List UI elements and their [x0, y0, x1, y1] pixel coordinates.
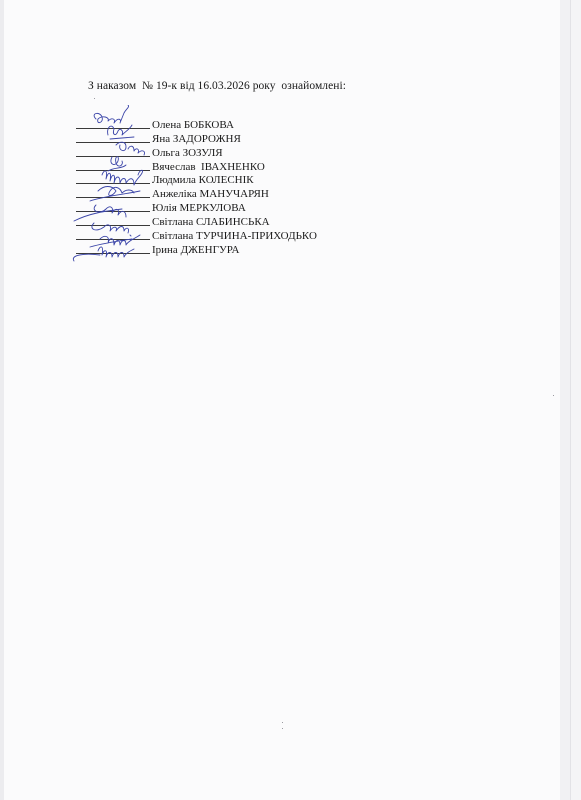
signature-line — [76, 225, 150, 226]
signer-name: Світлана ТУРЧИНА-ПРИХОДЬКО — [152, 230, 317, 242]
signature-line — [76, 156, 150, 157]
order-acknowledgement-heading: З наказом № 19-к від 16.03.2026 року озн… — [88, 80, 346, 92]
signer-name: Людмила КОЛЕСНІК — [152, 174, 254, 186]
signer-name: Ольга ЗОЗУЛЯ — [152, 147, 223, 159]
scan-right-edge — [560, 0, 570, 800]
signature-line — [76, 128, 150, 129]
signer-row: Вячеслав ІВАХНЕНКО — [76, 159, 376, 173]
signature-line — [76, 183, 150, 184]
signer-name: Вячеслав ІВАХНЕНКО — [152, 161, 265, 173]
signer-row: Юлія МЕРКУЛОВА — [76, 200, 376, 214]
scan-speck — [282, 728, 283, 729]
signer-row: Олена БОБКОВА — [76, 117, 376, 131]
signature-line — [76, 170, 150, 171]
signer-row: Яна ЗАДОРОЖНЯ — [76, 131, 376, 145]
scan-speck — [282, 722, 283, 723]
signer-row: Світлана ТУРЧИНА-ПРИХОДЬКО — [76, 228, 376, 242]
signer-row: Анжеліка МАНУЧАРЯН — [76, 186, 376, 200]
signer-row: Людмила КОЛЕСНІК — [76, 173, 376, 187]
signer-name: Анжеліка МАНУЧАРЯН — [152, 188, 269, 200]
signature-line — [76, 142, 150, 143]
signer-row: Ольга ЗОЗУЛЯ — [76, 145, 376, 159]
signer-row: Ірина ДЖЕНГУРА — [76, 242, 376, 256]
signature-line — [76, 239, 150, 240]
signer-name: Олена БОБКОВА — [152, 119, 234, 131]
signer-name: Юлія МЕРКУЛОВА — [152, 202, 246, 214]
signature-line — [76, 197, 150, 198]
scan-speck — [553, 395, 554, 396]
signer-name: Світлана СЛАБИНСЬКА — [152, 216, 270, 228]
signature-line — [76, 253, 150, 254]
signer-name: Яна ЗАДОРОЖНЯ — [152, 133, 241, 145]
signers-list: Олена БОБКОВА Яна ЗАДОРОЖНЯ Ольга ЗОЗУЛЯ… — [76, 117, 376, 256]
signature-line — [76, 211, 150, 212]
scan-speck — [94, 98, 95, 99]
signer-row: Світлана СЛАБИНСЬКА — [76, 214, 376, 228]
signer-name: Ірина ДЖЕНГУРА — [152, 244, 239, 256]
